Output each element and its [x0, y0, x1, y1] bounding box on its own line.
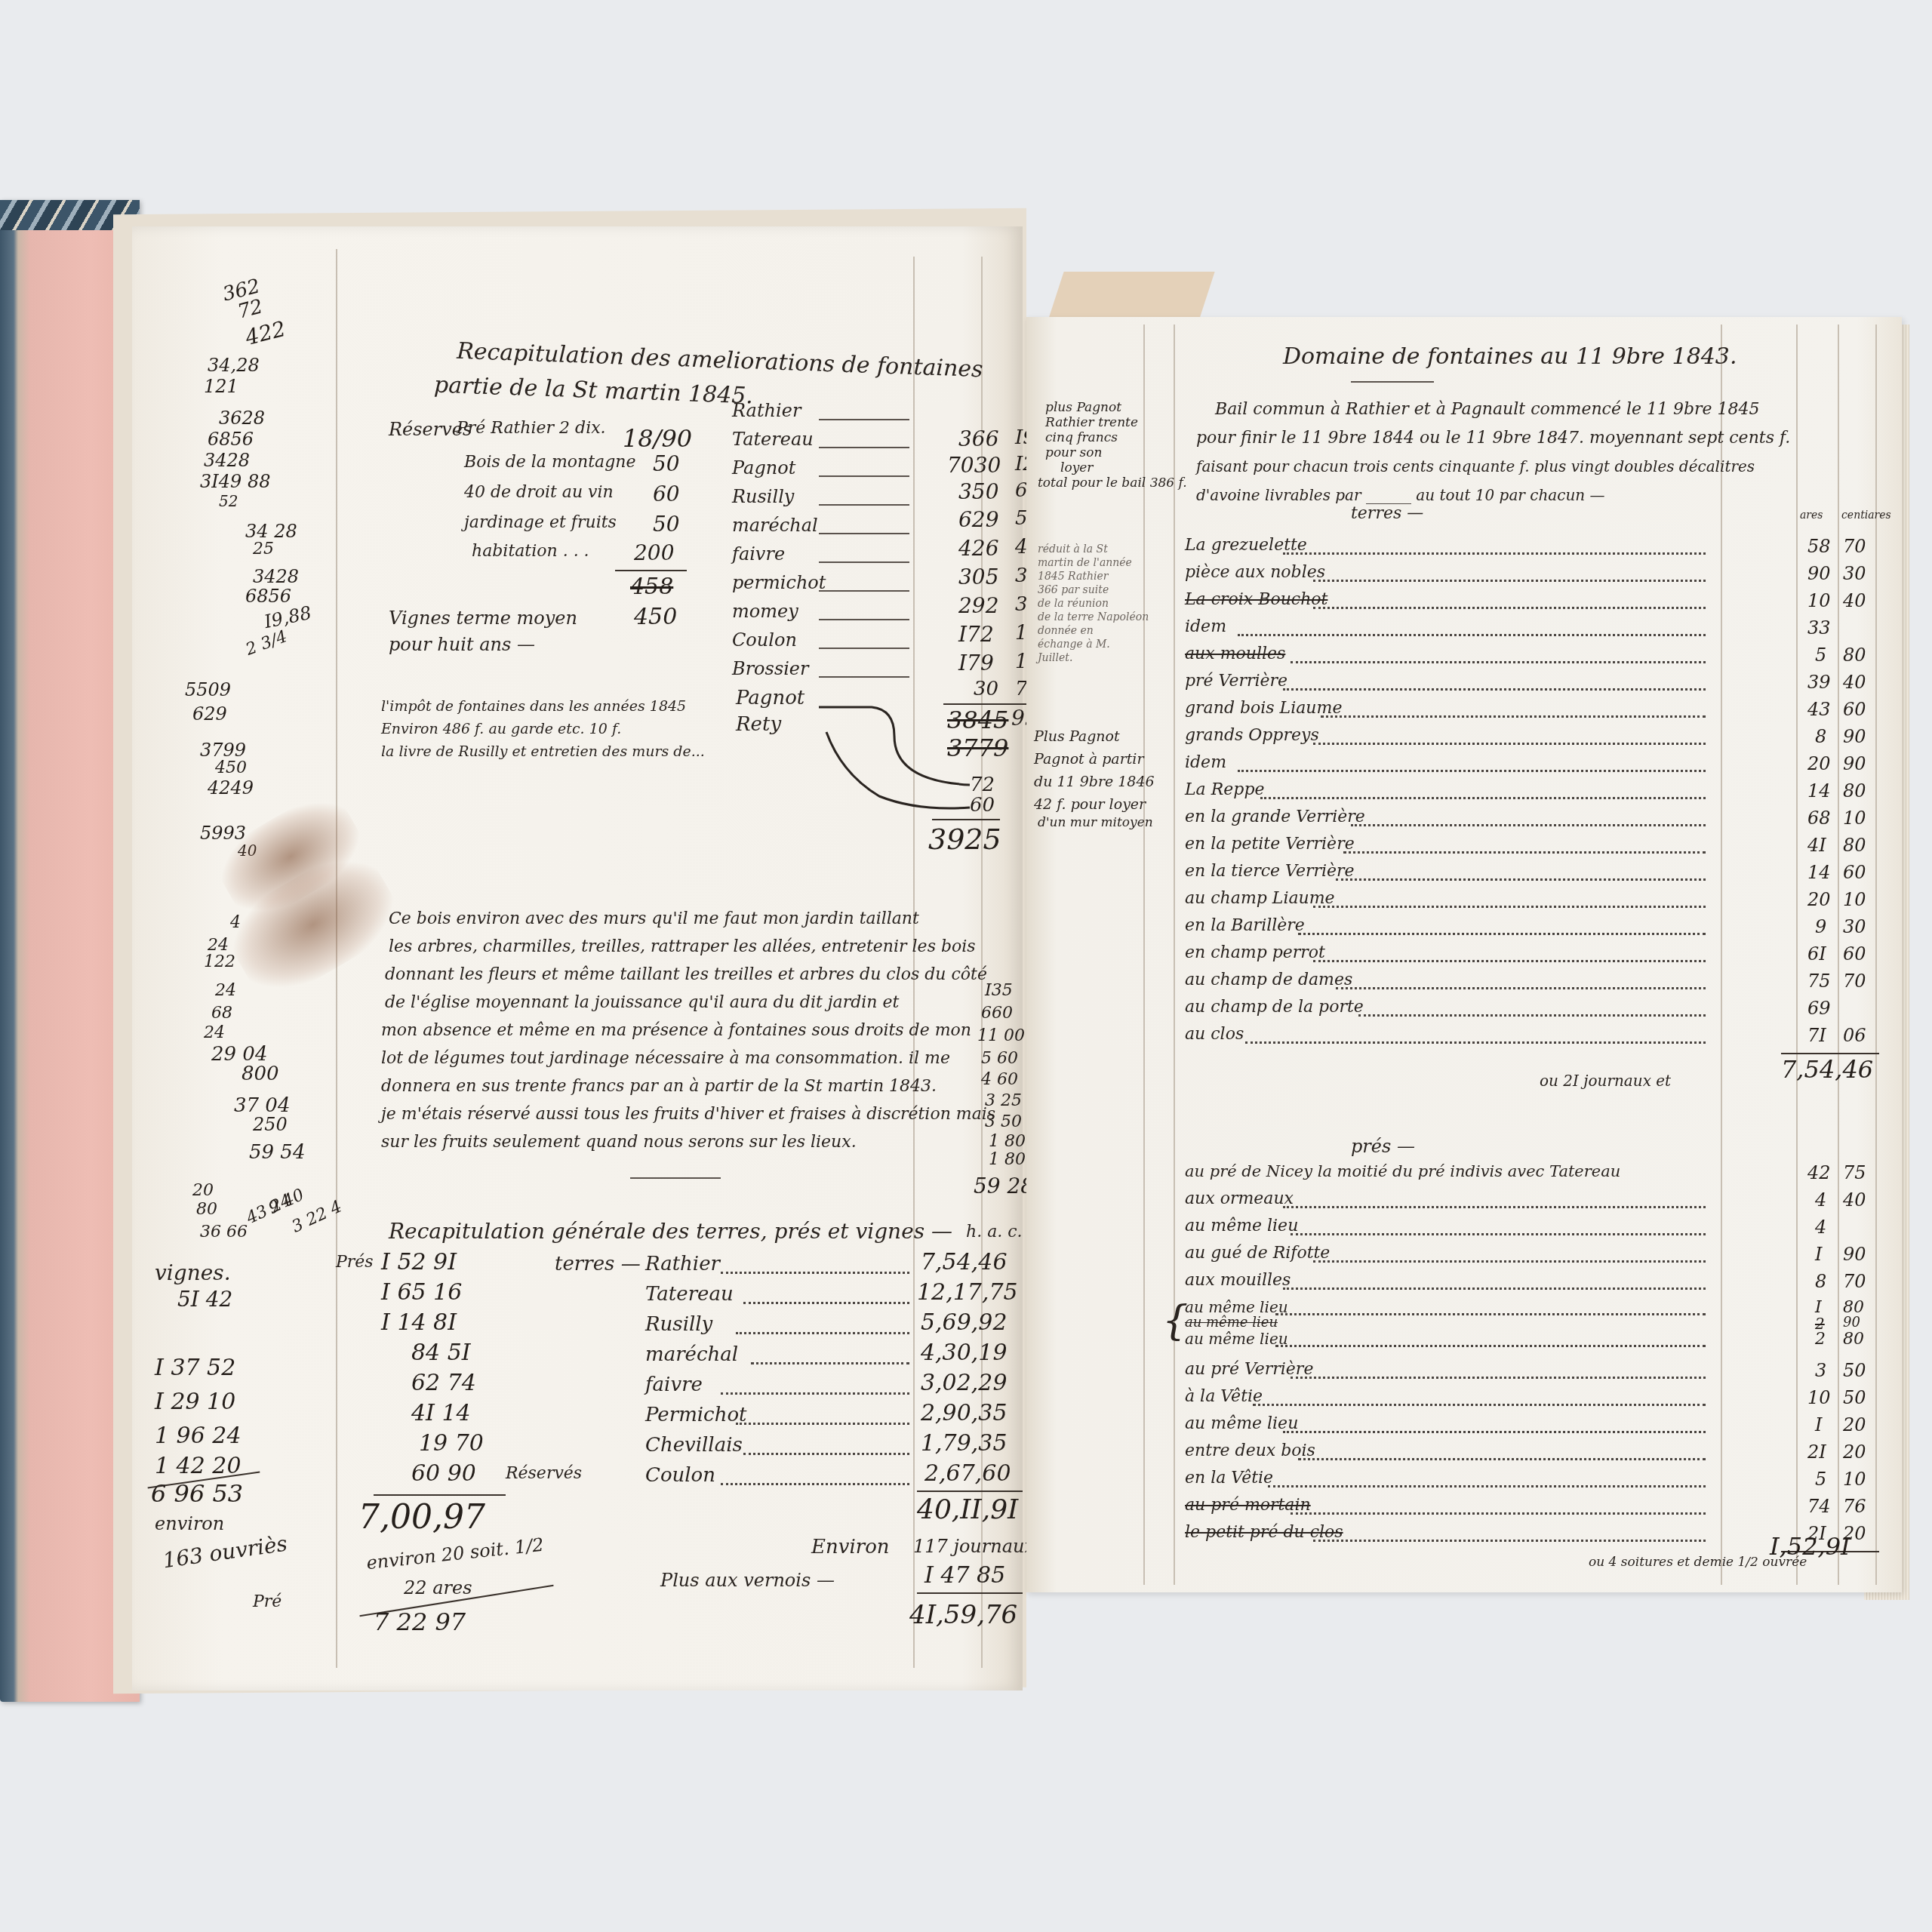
- table-row: en la tierce Verrière 14 60: [1026, 862, 1902, 889]
- table-row: grand bois Liaume 43 60: [1026, 699, 1902, 726]
- table-row: pré Verrière 39 40: [1026, 672, 1902, 699]
- table-row: La Reppe 14 80: [1026, 780, 1902, 808]
- table-row: grands Oppreys 8 90: [1026, 726, 1902, 753]
- table-row: en la Vêtie 5 10: [1026, 1469, 1902, 1496]
- table-row: idem 20 90: [1026, 753, 1902, 780]
- domain-title: Domaine de fontaines au 11 9bre 1843.: [1283, 343, 1737, 370]
- table-row: au pré de Nicey la moitié du pré indivis…: [1026, 1162, 1902, 1189]
- table-row: au champ Liaume 20 10: [1026, 889, 1902, 916]
- table-row: en champ perrot 6I 60: [1026, 943, 1902, 971]
- table-row: aux ormeaux 4 40: [1026, 1189, 1902, 1217]
- table-row: au pré mortain 74 76: [1026, 1496, 1902, 1523]
- table-row: entre deux bois 2I 20: [1026, 1441, 1902, 1469]
- table-row: au clos 7I 06: [1026, 1025, 1902, 1052]
- right-page: Domaine de fontaines au 11 9bre 1843. Ba…: [1026, 317, 1902, 1592]
- brace: {: [1162, 1298, 1188, 1343]
- table-row: pièce aux nobles 90 30: [1026, 563, 1902, 590]
- table-row: au champ de dames 75 70: [1026, 971, 1902, 998]
- table-row: au gué de Rifotte I 90: [1026, 1244, 1902, 1271]
- recap-title-line2: partie de la St martin 1845.: [434, 372, 754, 410]
- table-row: au même lieu 4: [1026, 1217, 1902, 1244]
- table-row: en la Barillère 9 30: [1026, 916, 1902, 943]
- table-row: au champ de la porte 69: [1026, 998, 1902, 1025]
- table-row: à la Vêtie 10 50: [1026, 1387, 1902, 1414]
- table-row: au pré Verrière 3 50: [1026, 1360, 1902, 1387]
- table-row: La grezuelette 58 70: [1026, 536, 1902, 563]
- table-row: en la grande Verrière 68 10: [1026, 808, 1902, 835]
- table-row: aux moulles 5 80: [1026, 645, 1902, 672]
- table-row: au même lieu I 20: [1026, 1414, 1902, 1441]
- terres-total: 7,54,46: [1781, 1055, 1873, 1084]
- table-row: La croix Bouchot 10 40: [1026, 590, 1902, 617]
- table-row: aux mouilles 8 70: [1026, 1271, 1902, 1298]
- table-row: idem 33: [1026, 617, 1902, 645]
- left-page: 362 72 422 34,28 121 3628 6856 3428 3I49…: [132, 226, 1023, 1690]
- table-row: en la petite Verrière 4I 80: [1026, 835, 1902, 862]
- table-row: au même lieu 2 80: [1026, 1330, 1902, 1352]
